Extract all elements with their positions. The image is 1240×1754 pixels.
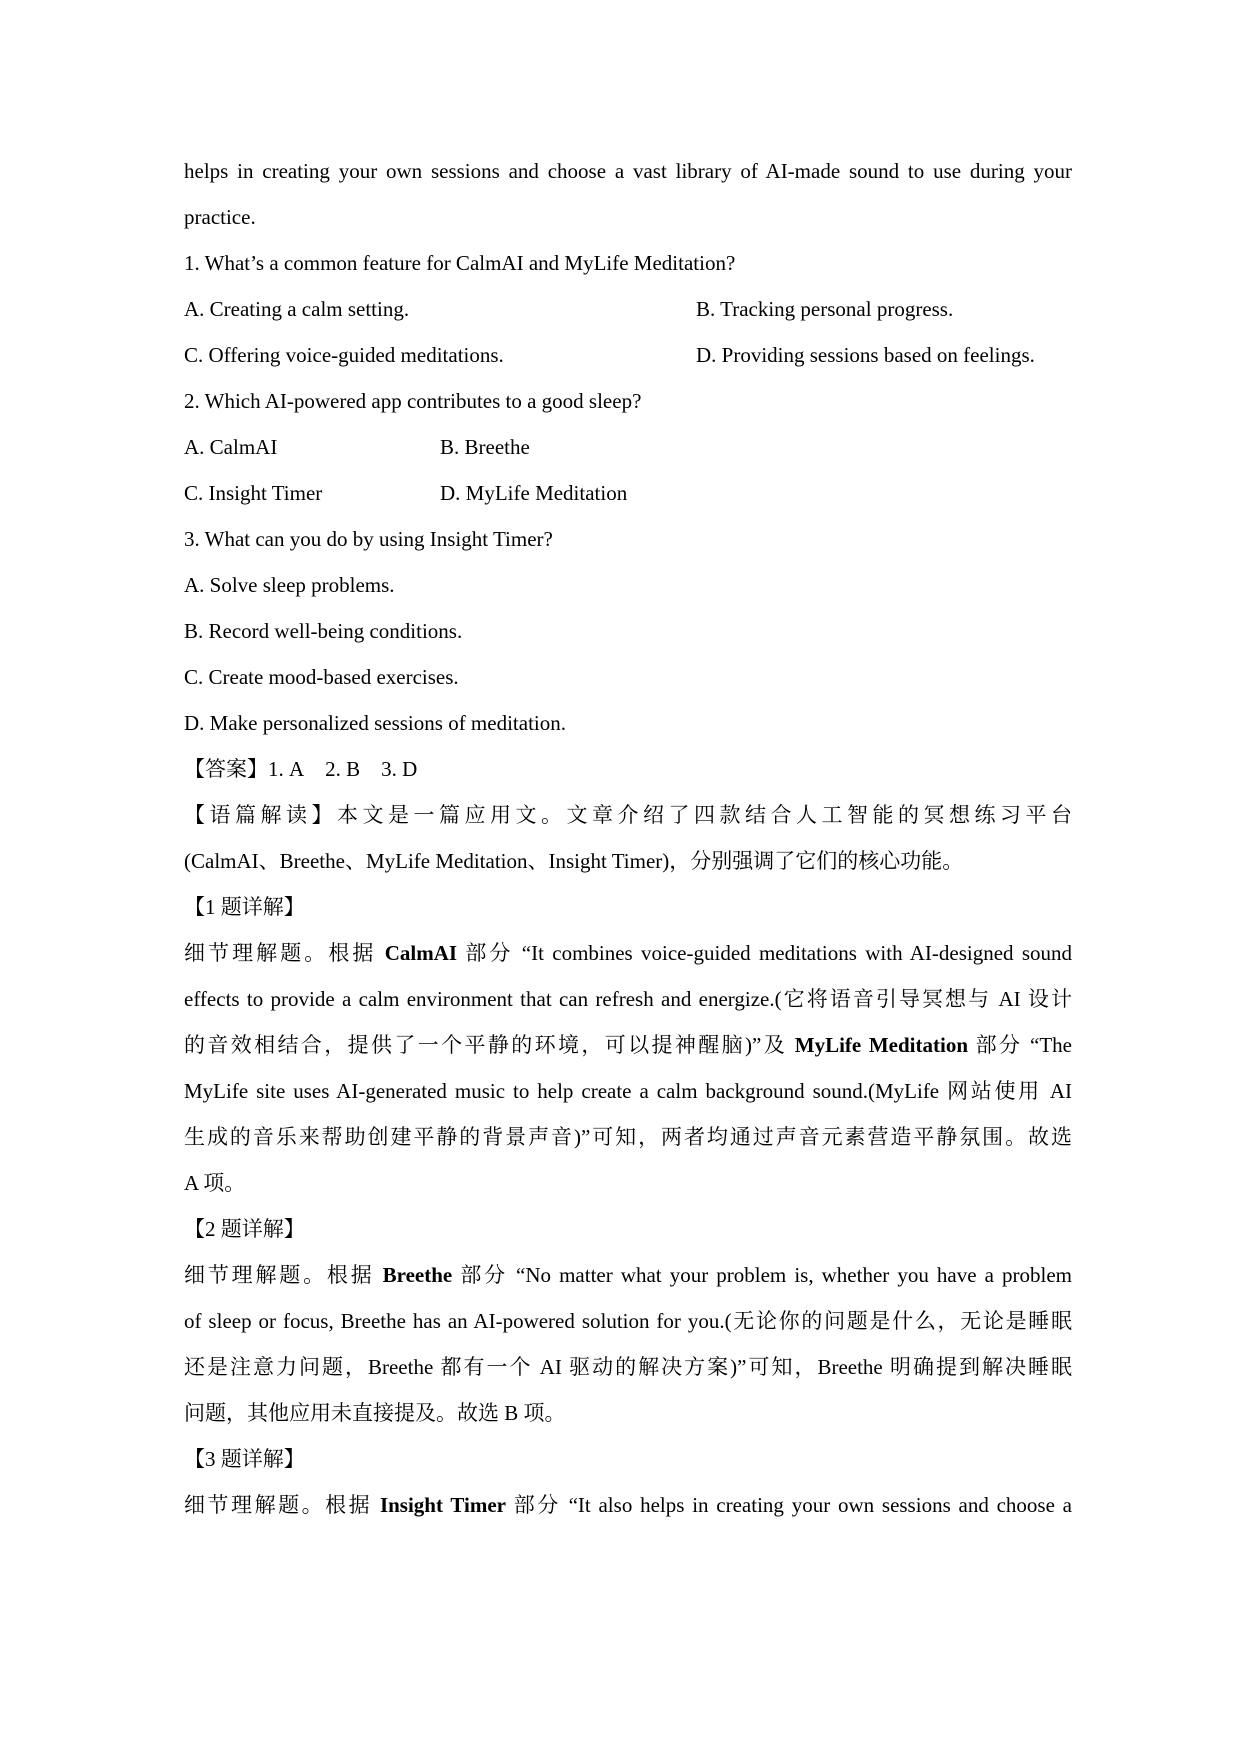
explanation-2-heading: 【2 题详解】 bbox=[184, 1206, 1072, 1252]
question-3-option-d: D. Make personalized sessions of meditat… bbox=[184, 700, 1072, 746]
explanation-1-line-5: 生成的音乐来帮助创建平静的背景声音)”可知，两者均通过声音元素营造平静氛围。故选 bbox=[184, 1114, 1072, 1160]
document-content: helps in creating your own sessions and … bbox=[184, 148, 1072, 1528]
explanation-2-line-1: 细节理解题。根据 Breethe 部分 “No matter what your… bbox=[184, 1252, 1072, 1298]
answer-values: 1. A 2. B 3. D bbox=[268, 757, 417, 781]
passage-tail-line-2: practice. bbox=[184, 194, 1072, 240]
question-2-option-a: A. CalmAI bbox=[184, 424, 440, 470]
question-1-options-row-2: C. Offering voice-guided meditations. D.… bbox=[184, 332, 1072, 378]
document-page: helps in creating your own sessions and … bbox=[0, 0, 1240, 1754]
question-2-options-row-2: C. Insight Timer D. MyLife Meditation bbox=[184, 470, 1072, 516]
question-3-option-b: B. Record well-being conditions. bbox=[184, 608, 1072, 654]
question-3-stem: 3. What can you do by using Insight Time… bbox=[184, 516, 1072, 562]
answer-line: 【答案】1. A 2. B 3. D bbox=[184, 746, 1072, 792]
question-3-option-c: C. Create mood-based exercises. bbox=[184, 654, 1072, 700]
explanation-1-line-4: MyLife site uses AI-generated music to h… bbox=[184, 1068, 1072, 1114]
question-1-option-d: D. Providing sessions based on feelings. bbox=[696, 332, 1035, 378]
explanation-2-line-2: of sleep or focus, Breethe has an AI-pow… bbox=[184, 1298, 1072, 1344]
question-1-option-b: B. Tracking personal progress. bbox=[696, 286, 953, 332]
question-2-options-row-1: A. CalmAI B. Breethe bbox=[184, 424, 1072, 470]
explanation-3-heading: 【3 题详解】 bbox=[184, 1436, 1072, 1482]
explanation-2-line-4: 问题，其他应用未直接提及。故选 B 项。 bbox=[184, 1390, 1072, 1436]
explanation-1-line-2: effects to provide a calm environment th… bbox=[184, 976, 1072, 1022]
answer-label: 【答案】 bbox=[184, 757, 268, 781]
question-2-option-d: D. MyLife Meditation bbox=[440, 470, 627, 516]
explanation-1-heading: 【1 题详解】 bbox=[184, 884, 1072, 930]
explanation-1-line-6: A 项。 bbox=[184, 1160, 1072, 1206]
question-2-option-b: B. Breethe bbox=[440, 424, 530, 470]
question-1-option-a: A. Creating a calm setting. bbox=[184, 286, 696, 332]
explanation-1-line-1: 细节理解题。根据 CalmAI 部分 “It combines voice-gu… bbox=[184, 930, 1072, 976]
question-1-option-c: C. Offering voice-guided meditations. bbox=[184, 332, 696, 378]
passage-analysis-line-1: 【语篇解读】本文是一篇应用文。文章介绍了四款结合人工智能的冥想练习平台 bbox=[184, 792, 1072, 838]
passage-tail-line-1: helps in creating your own sessions and … bbox=[184, 148, 1072, 194]
question-2-stem: 2. Which AI-powered app contributes to a… bbox=[184, 378, 1072, 424]
question-2-option-c: C. Insight Timer bbox=[184, 470, 440, 516]
question-1-stem: 1. What’s a common feature for CalmAI an… bbox=[184, 240, 1072, 286]
question-1-options-row-1: A. Creating a calm setting. B. Tracking … bbox=[184, 286, 1072, 332]
explanation-3-line-1: 细节理解题。根据 Insight Timer 部分 “It also helps… bbox=[184, 1482, 1072, 1528]
passage-analysis-line-2: (CalmAI、Breethe、MyLife Meditation、Insigh… bbox=[184, 838, 1072, 884]
explanation-1-line-3: 的音效相结合，提供了一个平静的环境，可以提神醒脑)”及 MyLife Medit… bbox=[184, 1022, 1072, 1068]
explanation-2-line-3: 还是注意力问题，Breethe 都有一个 AI 驱动的解决方案)”可知，Bree… bbox=[184, 1344, 1072, 1390]
question-3-option-a: A. Solve sleep problems. bbox=[184, 562, 1072, 608]
